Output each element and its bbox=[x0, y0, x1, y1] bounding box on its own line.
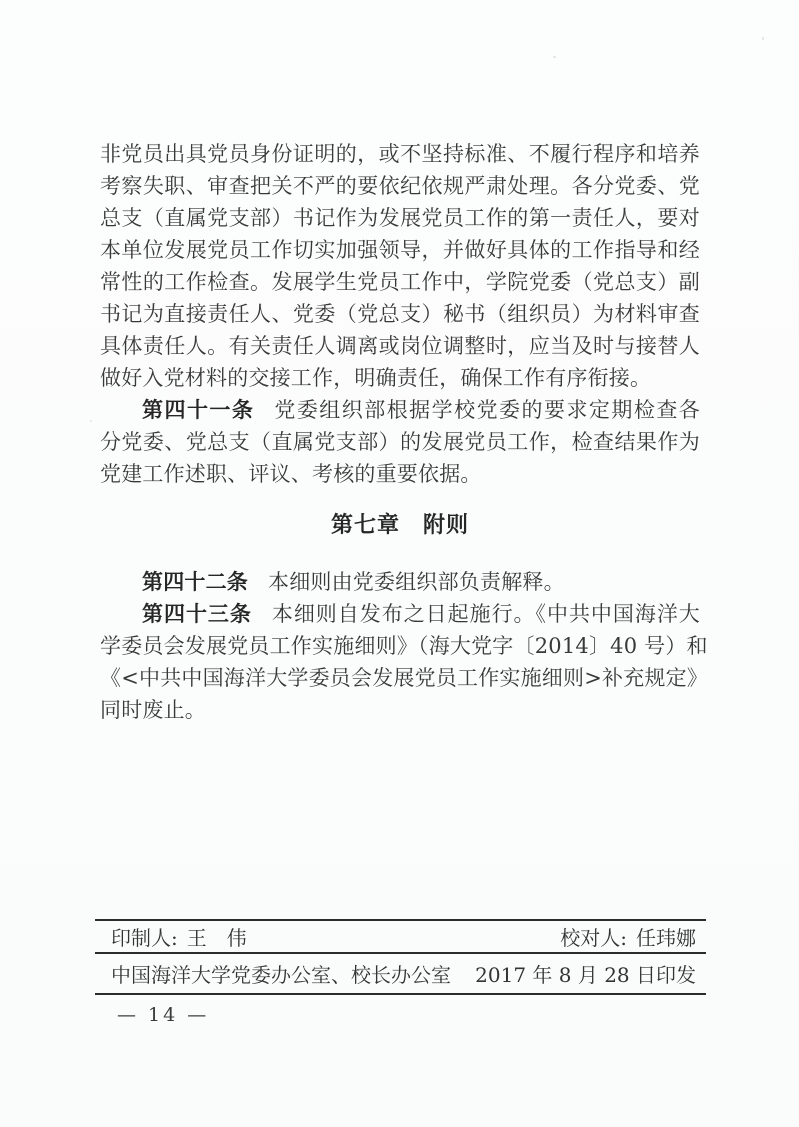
scanned-document-screenshot: { "document": { "paragraph1_lines": [ "非… bbox=[0, 0, 799, 1127]
body-text-line: 常性的工作检查。发展学生党员工作中，学院党委（党总支）副 bbox=[100, 266, 700, 298]
body-text-line: 学委员会发展党员工作实施细则》（海大党字〔2014〕40 号）和 bbox=[100, 630, 700, 662]
body-text-line: 本单位发展党员工作切实加强领导，并做好具体的工作指导和经 bbox=[100, 234, 700, 266]
proofreader-field: 校对人: 任玮娜 bbox=[560, 922, 696, 951]
body-text-line: 做好入党材料的交接工作，明确责任，确保工作有序衔接。 bbox=[100, 362, 700, 394]
paragraph-article-42: 第四十二条本细则由党委组织部负责解释。 bbox=[100, 566, 700, 598]
article-41-text: 党委组织部根据学校党委的要求定期检查各 bbox=[274, 398, 700, 422]
issue-date: 2017 年 8 月 28 日印发 bbox=[475, 959, 696, 988]
body-text-line: 同时废止。 bbox=[100, 694, 700, 726]
proofreader-name: 任玮娜 bbox=[636, 922, 696, 951]
document-body: 非党员出具党员身份证明的，或不坚持标准、不履行程序和培养 考察失职、审查把关不严… bbox=[100, 138, 700, 726]
article-42-number: 第四十二条 bbox=[142, 569, 248, 594]
body-text-line: 第四十一条党委组织部根据学校党委的要求定期检查各 bbox=[100, 394, 700, 426]
colophon-row-issue: 中国海洋大学党委办公室、校长办公室 2017 年 8 月 28 日印发 bbox=[95, 954, 706, 993]
page-number: — 14 — bbox=[117, 1004, 209, 1026]
article-43-text: 本细则自发布之日起施行。《中共中国海洋大 bbox=[272, 602, 700, 626]
body-text-line: 总支（直属党支部）书记作为发展党员工作的第一责任人，要对 bbox=[100, 202, 700, 234]
scan-speck bbox=[90, 420, 92, 422]
printer-field: 印制人: 王 伟 bbox=[111, 922, 247, 951]
body-text-line: 《<中共中国海洋大学委员会发展党员工作实施细则>补充规定》 bbox=[100, 662, 700, 694]
colophon-table: 印制人: 王 伟 校对人: 任玮娜 中国海洋大学党委办公室、校长办公室 2017… bbox=[95, 919, 706, 995]
body-text-line: 非党员出具党员身份证明的，或不坚持标准、不履行程序和培养 bbox=[100, 138, 700, 170]
paragraph-responsibility: 非党员出具党员身份证明的，或不坚持标准、不履行程序和培养 考察失职、审查把关不严… bbox=[100, 138, 700, 394]
body-text-line: 书记为直接责任人、党委（党总支）秘书（组织员）为材料审查 bbox=[100, 298, 700, 330]
article-41-number: 第四十一条 bbox=[142, 397, 254, 422]
body-text-line: 第四十二条本细则由党委组织部负责解释。 bbox=[100, 566, 700, 598]
printer-name: 王 伟 bbox=[187, 922, 247, 951]
body-text-line: 第四十三条本细则自发布之日起施行。《中共中国海洋大 bbox=[100, 598, 700, 630]
body-text-line: 考察失职、审查把关不严的要依纪依规严肃处理。各分党委、党 bbox=[100, 170, 700, 202]
chapter-heading: 第七章 附则 bbox=[100, 509, 700, 541]
colophon-row-names: 印制人: 王 伟 校对人: 任玮娜 bbox=[95, 921, 706, 954]
body-text-line: 具体责任人。有关责任人调离或岗位调整时，应当及时与接替人 bbox=[100, 330, 700, 362]
body-text-line: 党建工作述职、评议、考核的重要依据。 bbox=[100, 458, 700, 490]
scan-speck bbox=[553, 56, 556, 58]
printer-label: 印制人: bbox=[111, 922, 178, 951]
article-43-number: 第四十三条 bbox=[142, 601, 252, 626]
proofreader-label: 校对人: bbox=[560, 922, 627, 951]
document-page: 非党员出具党员身份证明的，或不坚持标准、不履行程序和培养 考察失职、审查把关不严… bbox=[0, 0, 799, 1127]
paragraph-article-43: 第四十三条本细则自发布之日起施行。《中共中国海洋大 学委员会发展党员工作实施细则… bbox=[100, 598, 700, 726]
scan-speck bbox=[762, 37, 764, 40]
body-text-line: 分党委、党总支（直属党支部）的发展党员工作，检查结果作为 bbox=[100, 426, 700, 458]
issuing-office: 中国海洋大学党委办公室、校长办公室 bbox=[111, 959, 451, 988]
article-42-text: 本细则由党委组织部负责解释。 bbox=[268, 570, 565, 594]
paragraph-article-41: 第四十一条党委组织部根据学校党委的要求定期检查各 分党委、党总支（直属党支部）的… bbox=[100, 394, 700, 490]
